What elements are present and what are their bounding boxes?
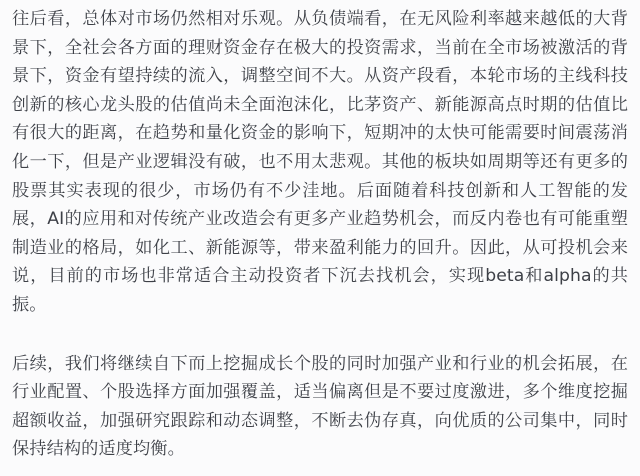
text-line: 保持结构的适度均衡。	[12, 435, 628, 464]
text-line: 景下，资金有望持续的流入，调整空间不大。从资产段看，本轮市场的主线科技	[12, 62, 628, 91]
text-line: 展，AI的应用和对传统产业改造会有更多产业趋势机会，而反内卷也有可能重塑	[12, 205, 628, 234]
text-line: 景下，全社会各方面的理财资金存在极大的投资需求，当前在全市场被激活的背	[12, 34, 628, 63]
text-line: 说，目前的市场也非常适合主动投资者下沉去找机会，实现beta和alpha的共	[12, 262, 628, 291]
text-line: 后续，我们将继续自下而上挖掘成长个股的同时加强产业和行业的机会拓展，在	[12, 350, 628, 379]
text-line: 股票其实表现的很少，市场仍有不少洼地。后面随着科技创新和人工智能的发	[12, 177, 628, 206]
article-text: 往后看，总体对市场仍然相对乐观。从负债端看，在无风险利率越来越低的大背 景下，全…	[0, 0, 640, 476]
paragraph-strategy-plan: 后续，我们将继续自下而上挖掘成长个股的同时加强产业和行业的机会拓展，在 行业配置…	[12, 350, 628, 464]
text-line: 创新的核心龙头股的估值尚未全面泡沫化，比茅资产、新能源高点时期的估值比	[12, 91, 628, 120]
text-line: 振。	[12, 291, 628, 320]
text-line: 超额收益，加强研究跟踪和动态调整，不断去伪存真，向优质的公司集中，同时	[12, 407, 628, 436]
text-line: 往后看，总体对市场仍然相对乐观。从负债端看，在无风险利率越来越低的大背	[12, 5, 628, 34]
paragraph-market-outlook: 往后看，总体对市场仍然相对乐观。从负债端看，在无风险利率越来越低的大背 景下，全…	[12, 5, 628, 320]
text-line: 行业配置、个股选择方面加强覆盖，适当偏离但是不要过度激进，多个维度挖掘	[12, 378, 628, 407]
text-line: 有很大的距离，在趋势和量化资金的影响下，短期冲的太快可能需要时间震荡消	[12, 119, 628, 148]
text-line: 制造业的格局，如化工、新能源等，带来盈利能力的回升。因此，从可投机会来	[12, 234, 628, 263]
text-line: 化一下，但是产业逻辑没有破，也不用太悲观。其他的板块如周期等还有更多的	[12, 148, 628, 177]
